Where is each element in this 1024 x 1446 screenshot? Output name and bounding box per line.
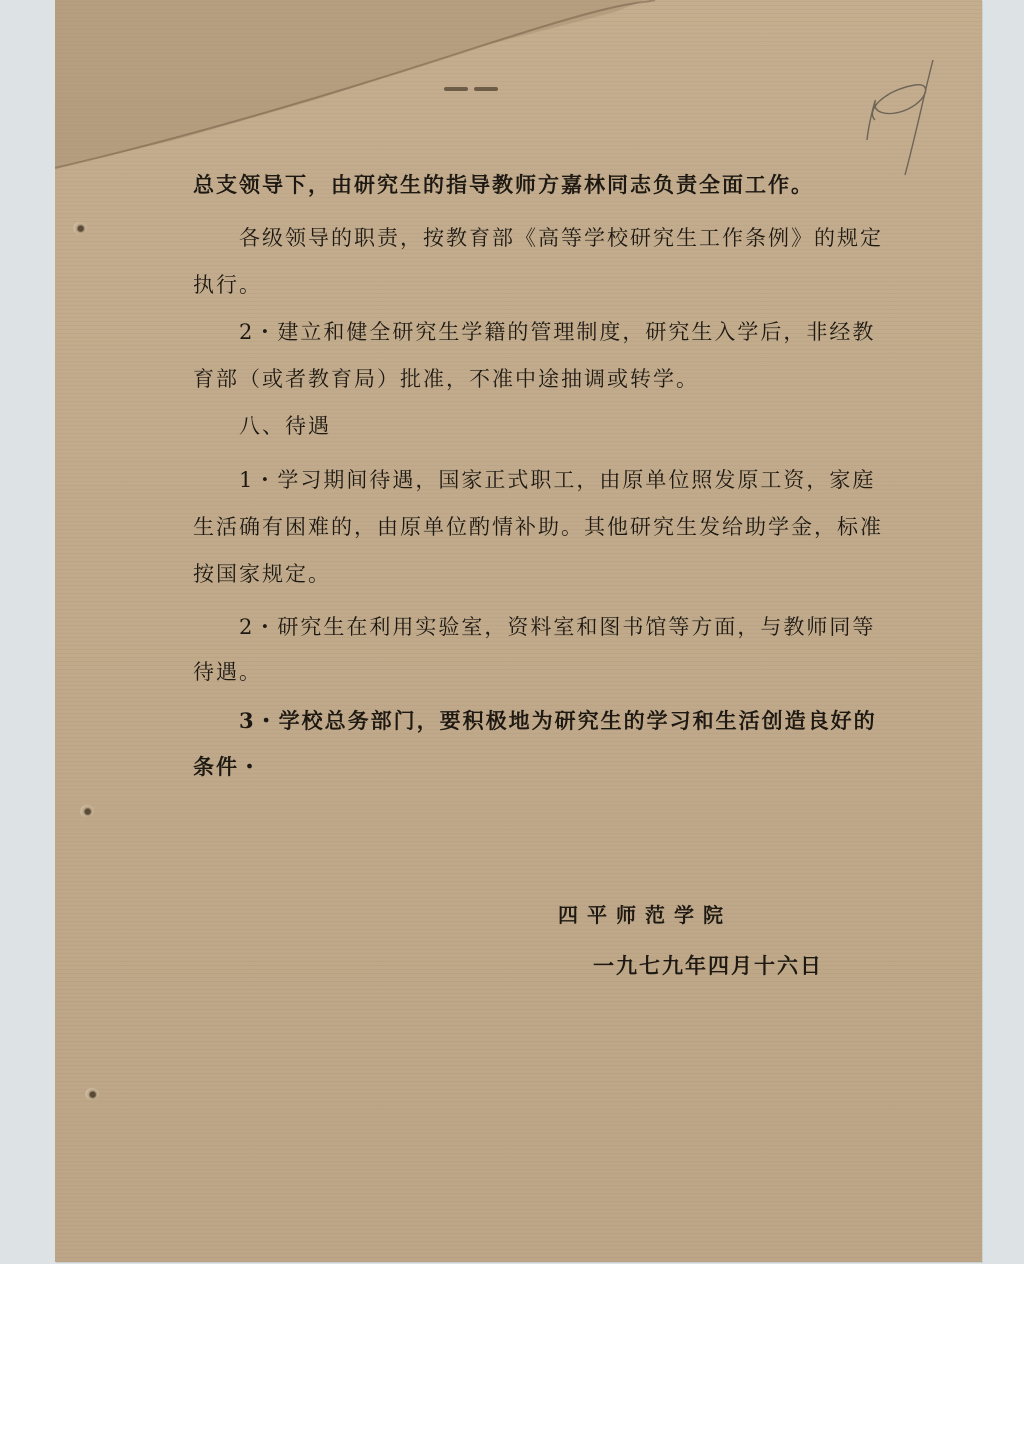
binding-hole-icon <box>73 222 87 234</box>
text-line: 2・建立和健全研究生学籍的管理制度，研究生入学后，非经教 <box>239 317 875 347</box>
text-line: 生活确有困难的，由原单位酌情补助。其他研究生发给助学金，标准 <box>193 512 883 542</box>
fold-crease <box>55 0 695 175</box>
text-line: 3・学校总务部门，要积极地为研究生的学习和生活创造良好的 <box>239 706 877 736</box>
binding-hole-icon <box>85 1088 99 1100</box>
text-line: 育部（或者教育局）批准，不准中途抽调或转学。 <box>193 364 699 394</box>
binding-hole-icon <box>80 805 94 817</box>
text-line: 1・学习期间待遇，国家正式职工，由原单位照发原工资，家庭 <box>239 465 875 495</box>
section-heading: 八、待遇 <box>239 411 331 441</box>
text-line: 待遇。 <box>193 657 262 687</box>
page-marker <box>499 87 559 92</box>
issue-date: 一九七九年四月十六日 <box>593 950 823 980</box>
handwritten-page-number-icon <box>845 50 955 180</box>
text-line: 各级领导的职责，按教育部《高等学校研究生工作条例》的规定 <box>239 223 883 253</box>
text-line: 2・研究生在利用实验室，资料室和图书馆等方面，与教师同等 <box>239 612 875 642</box>
text-line: 总支领导下，由研究生的指导教师方嘉林同志负责全面工作。 <box>193 170 814 200</box>
text-line: 条件・ <box>193 752 262 782</box>
issuing-organization: 四平师范学院 <box>558 899 732 928</box>
text-line: 执行。 <box>193 270 262 300</box>
text-line: 按国家规定。 <box>193 559 331 589</box>
